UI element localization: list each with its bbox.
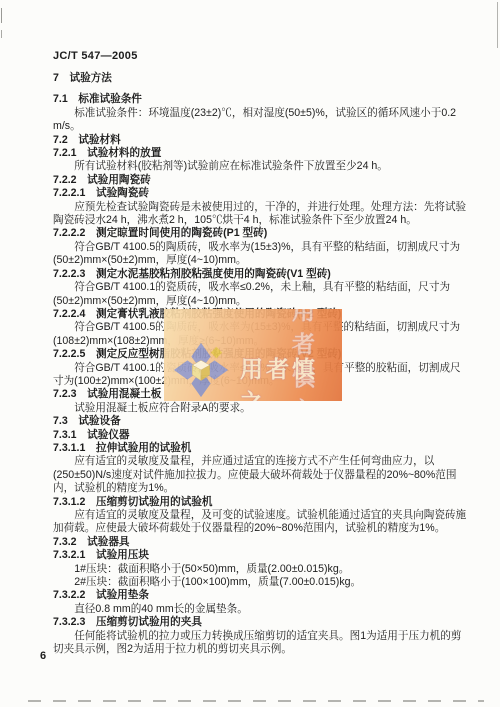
- standard-number-header: JC/T 547—2005: [53, 50, 138, 62]
- heading-7-1: 7.1 标准试验条件: [53, 93, 467, 106]
- scan-bottom-dashed-line: [28, 700, 484, 702]
- para-7-2-2-3: 符合GB/T 4100.1的瓷质砖，吸水率≤0.2%，未上釉，具有平整的粘结面，…: [53, 281, 467, 308]
- heading-7-3-2-2: 7.3.2.2 试验用垫条: [53, 589, 467, 602]
- scan-edge-mark: [1, 30, 2, 38]
- heading-7-3-2-3: 7.3.2.3 压缩剪切试验用的夹具: [53, 616, 467, 629]
- heading-7-3-2-1: 7.3.2.1 试验用压块: [53, 549, 467, 562]
- pinwheel-cube-logo-icon: [172, 341, 230, 399]
- watermark-text: 用者慎之: [240, 351, 342, 401]
- heading-7-2-1: 7.2.1 试验材料的放置: [53, 147, 467, 160]
- para-7-2-3: 试验用混凝土板应符合附录A的要求。: [53, 402, 467, 415]
- page-number: 6: [40, 650, 46, 662]
- scanned-document-page: JC/T 547—2005 7 试验方法 7.1 标准试验条件 标准试验条件：环…: [0, 0, 500, 707]
- heading-7: 7 试验方法: [53, 72, 467, 85]
- heading-7-3-1: 7.3.1 试验仪器: [53, 429, 467, 442]
- heading-7-3: 7.3 试验设备: [53, 415, 467, 428]
- scan-edge-mark: [497, 2, 498, 48]
- para-7-1: 标准试验条件：环境温度(23±2)℃，相对湿度(50±5)%，试验区的循环风速小…: [53, 107, 467, 134]
- heading-7-2: 7.2 试验材料: [53, 134, 467, 147]
- para-7-3-2-3: 任何能将试验机的拉力或压力转换成压缩剪切的适宜夹具。图1为适用于压力机的剪切夹具…: [53, 630, 467, 657]
- heading-7-2-2: 7.2.2 试验用陶瓷砖: [53, 174, 467, 187]
- para-7-2-1: 所有试验材料(胶粘剂等)试验前应在标准试验条件下放置至少24 h。: [53, 160, 467, 173]
- para-7-3-2-2: 直径0.8 mm的40 mm长的金属垫条。: [53, 603, 467, 616]
- heading-7-2-2-1: 7.2.2.1 试验陶瓷砖: [53, 187, 467, 200]
- heading-7-3-1-2: 7.3.1.2 压缩剪切试验用的试验机: [53, 496, 467, 509]
- para-7-3-1-2: 应有适宜的灵敏度及量程，及可变的试验速度。试验机能通过适宜的夹具向陶瓷砖施加荷载…: [53, 509, 467, 536]
- heading-7-3-2: 7.3.2 试验器具: [53, 536, 467, 549]
- para-block-1: 1#压块：截面积略小于(50×50)mm，质量(2.00±0.015)kg。: [53, 563, 467, 576]
- heading-7-2-2-2: 7.2.2.2 测定晾置时间使用的陶瓷砖(P1 型砖): [53, 227, 467, 240]
- scan-edge-mark: [1, 8, 2, 23]
- heading-7-2-2-3: 7.2.2.3 测定水泥基胶粘剂胶粘强度使用的陶瓷砖(V1 型砖): [53, 268, 467, 281]
- heading-7-3-1-1: 7.3.1.1 拉伸试验用的试验机: [53, 442, 467, 455]
- para-7-3-1-1: 应有适宜的灵敏度及量程，并应通过适宜的连接方式不产生任何弯曲应力，以(250±5…: [53, 455, 467, 495]
- para-7-2-2-2: 符合GB/T 4100.5的陶质砖，吸水率为(15±3)%，具有平整的粘结面，切…: [53, 241, 467, 268]
- para-block-2: 2#压块：截面积略小于(100×100)mm，质量(7.00±0.015)kg。: [53, 576, 467, 589]
- para-7-2-2-1: 应预先检查试验陶瓷砖是未被使用过的，干净的，并进行处理。处理方法：先将试验陶瓷砖…: [53, 201, 467, 228]
- watermark: 用者慎之 用者慎之: [164, 309, 342, 401]
